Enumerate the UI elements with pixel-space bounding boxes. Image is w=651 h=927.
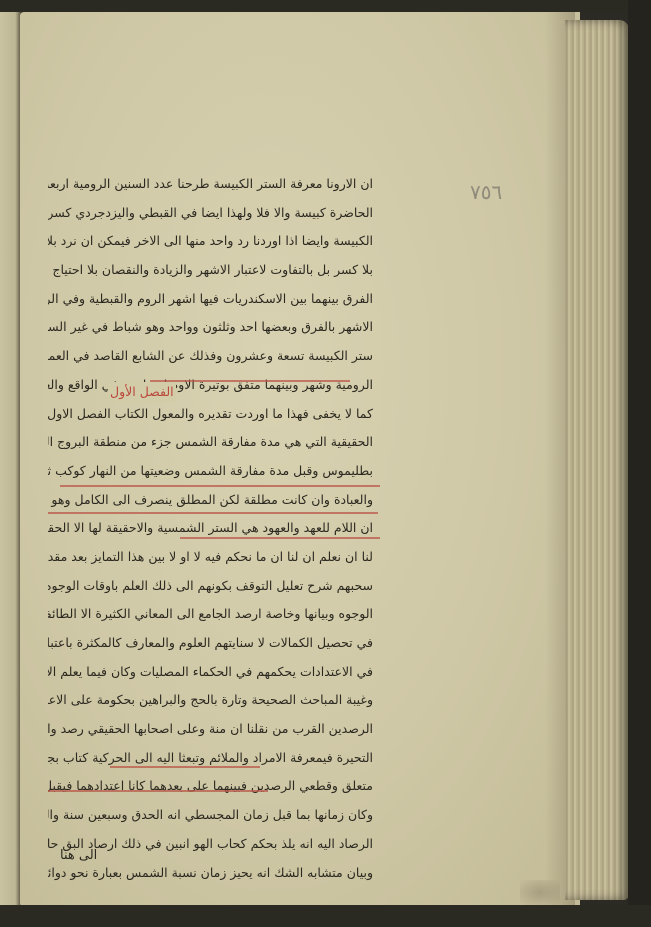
text-line: ستر الكبيسة تسعة وعشرون وفذلك عن الشابع … — [48, 342, 373, 371]
text-line: ان الارونا معرفة الستر الكبيسة طرحنا عدد… — [48, 170, 373, 199]
text-line: وكان زمانها بما قبل زمان المجسطي انه الح… — [48, 801, 373, 830]
rubric-heading: الفصل الأول — [108, 382, 176, 402]
text-line: متعلق وقطعي الرصدين فبينهما على بعدهما ك… — [48, 772, 373, 801]
folio-number: ٧٥٦ — [470, 180, 502, 204]
manuscript-scene: ٧٥٦ ان الارونا معرفة الستر الكبيسة طرحنا… — [0, 0, 651, 927]
red-underline — [110, 766, 260, 768]
text-line: في الاعتدادات يحكمهم في الحكماء المصليات… — [48, 658, 373, 687]
text-line: لنا ان نعلم ان لنا ان ما نحكم فيه لا او … — [48, 543, 373, 572]
background-bottom — [0, 905, 651, 927]
catchword: الى هنا — [60, 848, 97, 863]
text-line-with-rubric: كما لا يخفى فهذا ما اوردت تقديره والمعول… — [48, 400, 373, 429]
red-underline — [48, 512, 378, 514]
text-line: الوجوه وبيانها وخاصة ارصد الجامع الى الم… — [48, 600, 373, 629]
text-line: في تحصيل الكمالات لا سنايتهم العلوم والم… — [48, 629, 373, 658]
page-stain — [520, 880, 560, 905]
text-line: بلا كسر بل بالتفاوت لاعتبار الاشهر والزي… — [48, 256, 373, 285]
facing-page-edge — [0, 12, 22, 907]
text-line: الحاضرة كبيسة والا فلا ولهذا ايضا في الق… — [48, 199, 373, 228]
red-underline — [180, 537, 380, 539]
text-line: بطليموس وقبل مدة مفارقة الشمس وضعيتها من… — [48, 457, 373, 486]
background-right — [628, 0, 651, 927]
text-line: الفرق بينهما بين الاسكندريات فيها اشهر ا… — [48, 285, 373, 314]
red-underline — [48, 790, 268, 792]
book-page-edges — [565, 20, 629, 900]
text-line: الرومية وشهر وبينهما متفق بوتيرة الاوضاع… — [48, 371, 373, 400]
red-underline — [60, 485, 380, 487]
text-line: والعبادة وان كانت مطلقة لكن المطلق ينصرف… — [48, 486, 373, 515]
text-line: ان اللام للعهد والعهود هي الستر الشمسية … — [48, 514, 373, 543]
text-segment: كما لا يخفى فهذا ما اوردت تقديره والمعول… — [48, 406, 373, 421]
text-line: الرصدين القرب من نقلنا ان منة وعلى اصحاب… — [48, 715, 373, 744]
red-underline — [150, 380, 350, 382]
text-line: الحقيقية التي هي مدة مفارقة الشمس جزء من… — [48, 428, 373, 457]
text-line: الكبيسة وايضا اذا اوردنا رد واحد منها ال… — [48, 227, 373, 256]
text-line: التحيرة فيمعرفة الامراد والملائم وتبعثا … — [48, 744, 373, 773]
text-line: الاشهر بالفرق وبعضها احد وثلثون وواحد وه… — [48, 313, 373, 342]
text-line: وغيبة المباحث الصحيحة وتارة بالحج والبرا… — [48, 686, 373, 715]
manuscript-text-block: ان الارونا معرفة الستر الكبيسة طرحنا عدد… — [48, 170, 373, 887]
text-line: سحبهم شرح تعليل التوقف بكونهم الى ذلك ال… — [48, 572, 373, 601]
